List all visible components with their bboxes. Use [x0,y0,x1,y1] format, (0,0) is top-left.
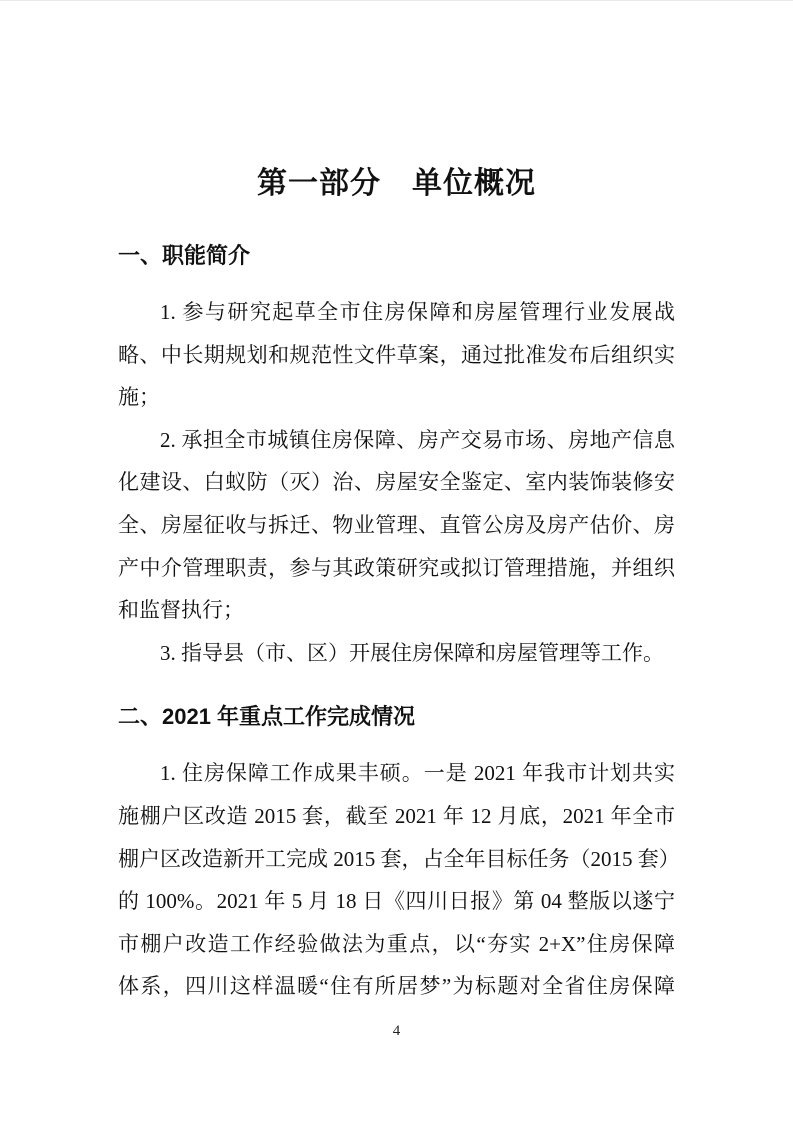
body-line: 化建设、白蚁防（灭）治、房屋安全鉴定、室内装饰装修安 [118,461,675,504]
body-line: 施； [118,376,675,419]
section-2-heading: 二、2021 年重点工作完成情况 [118,700,675,734]
body-line: 2. 承担全市城镇住房保障、房产交易市场、房地产信息 [118,419,675,462]
section-1-heading: 一、职能简介 [118,239,675,273]
page-number: 4 [0,1021,793,1041]
body-line: 1. 住房保障工作成果丰硕。一是 2021 年我市计划共实 [118,752,675,795]
body-line: 市棚户改造工作经验做法为重点，以“夯实 2+X”住房保障 [118,923,675,966]
body-line: 3. 指导县（市、区）开展住房保障和房屋管理等工作。 [118,632,675,675]
paragraph-2: 2. 承担全市城镇住房保障、房产交易市场、房地产信息 化建设、白蚁防（灭）治、房… [118,419,675,632]
body-line: 产中介管理职责，参与其政策研究或拟订管理措施，并组织 [118,547,675,590]
body-line: 全、房屋征收与拆迁、物业管理、直管公房及房产估价、房 [118,504,675,547]
body-line: 施棚户区改造 2015 套，截至 2021 年 12 月底，2021 年全市 [118,795,675,838]
section-2021-work: 二、2021 年重点工作完成情况 1. 住房保障工作成果丰硕。一是 2021 年… [118,700,675,1008]
document-title: 第一部分 单位概况 [118,1,675,207]
body-line: 的 100%。2021 年 5 月 18 日《四川日报》第 04 整版以遂宁 [118,880,675,923]
body-line: 和监督执行； [118,589,675,632]
paragraph-3: 3. 指导县（市、区）开展住房保障和房屋管理等工作。 [118,632,675,675]
body-line: 略、中长期规划和规范性文件草案，通过批准发布后组织实 [118,334,675,377]
paragraph-1: 1. 参与研究起草全市住房保障和房屋管理行业发展战 略、中长期规划和规范性文件草… [118,291,675,419]
document-page: 第一部分 单位概况 一、职能简介 1. 参与研究起草全市住房保障和房屋管理行业发… [0,0,793,1122]
body-line: 棚户区改造新开工完成 2015 套，占全年目标任务（2015 套） [118,838,675,881]
body-line: 1. 参与研究起草全市住房保障和房屋管理行业发展战 [118,291,675,334]
paragraph-4: 1. 住房保障工作成果丰硕。一是 2021 年我市计划共实 施棚户区改造 201… [118,752,675,1008]
body-line: 体系，四川这样温暖“住有所居梦”为标题对全省住房保障 [118,965,675,1008]
section-functions: 一、职能简介 1. 参与研究起草全市住房保障和房屋管理行业发展战 略、中长期规划… [118,239,675,674]
